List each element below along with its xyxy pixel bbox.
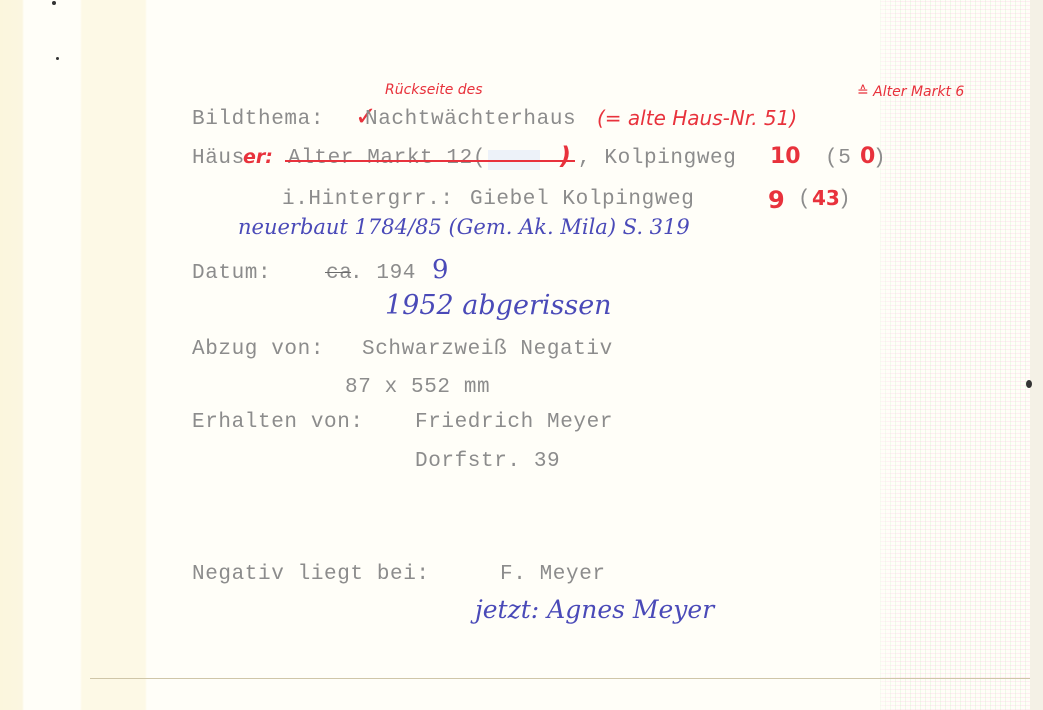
strikethrough-line bbox=[285, 160, 575, 162]
note-abgerissen: 1952 abgerissen bbox=[385, 290, 612, 321]
card-edge bbox=[1030, 0, 1043, 710]
hintergrund-paren-digits: 43 bbox=[812, 186, 840, 210]
datum-value: . 194 bbox=[350, 262, 416, 286]
speck bbox=[1026, 380, 1032, 388]
note-alte-hausnummer: (= alte Haus-Nr. 51) bbox=[597, 106, 797, 130]
abzug-label: Abzug von: bbox=[192, 338, 324, 362]
haus-paren-close: ) bbox=[873, 147, 886, 171]
erhalten-name: Friedrich Meyer bbox=[415, 411, 613, 435]
note-neuerbaut: neuerbaut 1784/85 (Gem. Ak. Mila) S. 319 bbox=[238, 215, 690, 239]
speck bbox=[52, 1, 56, 5]
haus-value: , Kolpingweg bbox=[578, 147, 736, 171]
graph-paper-area bbox=[880, 0, 1043, 710]
speck bbox=[56, 57, 59, 60]
negativ-label: Negativ liegt bei: bbox=[192, 563, 430, 587]
erhalten-label: Erhalten von: bbox=[192, 411, 364, 435]
haus-struck: Alter Markt 12( bbox=[288, 147, 486, 171]
bildthema-label: Bildthema: bbox=[192, 108, 324, 132]
strikethrough-line bbox=[325, 272, 351, 273]
hintergrund-number: 9 bbox=[768, 186, 785, 214]
haus-struck-close: ) bbox=[560, 142, 571, 170]
haus-paren-open: (5 bbox=[825, 147, 851, 171]
haus-number: 10 bbox=[770, 144, 801, 169]
note-alter-markt: ≙ Alter Markt 6 bbox=[857, 84, 964, 100]
card-bottom-line bbox=[90, 678, 1030, 679]
note-jetzt: jetzt: Agnes Meyer bbox=[475, 595, 714, 624]
datum-correction: 9 bbox=[432, 255, 449, 285]
haus-label-correction: er: bbox=[243, 146, 273, 168]
hintergrund-paren-close: ) bbox=[838, 188, 851, 212]
graph-paper-fade bbox=[860, 0, 900, 710]
abzug-value: Schwarzweiß Negativ bbox=[362, 338, 613, 362]
hintergrund-paren-open: ( bbox=[798, 188, 811, 212]
datum-label: Datum: bbox=[192, 262, 271, 286]
note-rueckseite: Rückseite des bbox=[385, 82, 483, 98]
erhalten-address: Dorfstr. 39 bbox=[415, 450, 560, 474]
abzug-size: 87 x 552 mm bbox=[345, 376, 490, 400]
datum-struck: ca bbox=[326, 262, 352, 286]
haus-label: Häus bbox=[192, 147, 245, 171]
hintergrund-label: i.Hintergrr.: bbox=[282, 188, 454, 212]
bildthema-value: Nachtwächterhaus bbox=[365, 108, 576, 132]
negativ-value: F. Meyer bbox=[500, 563, 606, 587]
hintergrund-value: Giebel Kolpingweg bbox=[470, 188, 694, 212]
